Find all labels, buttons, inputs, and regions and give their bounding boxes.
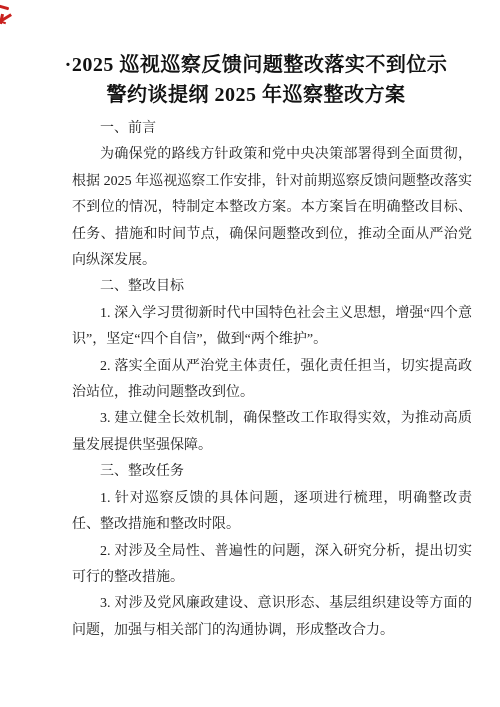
page-title: ·2025 巡视巡察反馈问题整改落实不到位示 警约谈提纲 2025 年巡察整改方…: [40, 50, 472, 110]
paragraph: 1. 深入学习贯彻新时代中国特色社会主义思想，增强“四个意识”，坚定“四个自信”…: [72, 301, 472, 354]
red-annotation-fragments: [0, 3, 16, 25]
paragraph: 3. 建立健全长效机制，确保整改工作取得实效，为推动高质量发展提供坚强保障。: [72, 406, 472, 459]
document-page: ·2025 巡视巡察反馈问题整改落实不到位示 警约谈提纲 2025 年巡察整改方…: [0, 0, 500, 707]
section-heading-goals: 二、整改目标: [72, 274, 472, 300]
page-title-line-2: 警约谈提纲 2025 年巡察整改方案: [40, 80, 472, 110]
paragraph: 3. 对涉及党风廉政建设、意识形态、基层组织建设等方面的问题，加强与相关部门的沟…: [72, 591, 472, 644]
page-title-line-1: ·2025 巡视巡察反馈问题整改落实不到位示: [40, 50, 472, 80]
section-heading-tasks: 三、整改任务: [72, 459, 472, 485]
paragraph: 为确保党的路线方针政策和党中央决策部署得到全面贯彻，根据 2025 年巡视巡察工…: [72, 142, 472, 274]
paragraph: 1. 针对巡察反馈的具体问题，逐项进行梳理，明确整改责任、整改措施和整改时限。: [72, 486, 472, 539]
paragraph: 2. 落实全面从严治党主体责任，强化责任担当，切实提高政治站位，推动问题整改到位…: [72, 354, 472, 407]
document-text: 一、前言 为确保党的路线方针政策和党中央决策部署得到全面贯彻，根据 2025 年…: [72, 116, 472, 644]
document-body: ·2025 巡视巡察反馈问题整改落实不到位示 警约谈提纲 2025 年巡察整改方…: [72, 50, 472, 644]
red-stroke-fragment: [0, 5, 9, 11]
section-heading-preface: 一、前言: [72, 116, 472, 142]
paragraph: 2. 对涉及全局性、普遍性的问题，深入研究分析，提出切实可行的整改措施。: [72, 539, 472, 592]
